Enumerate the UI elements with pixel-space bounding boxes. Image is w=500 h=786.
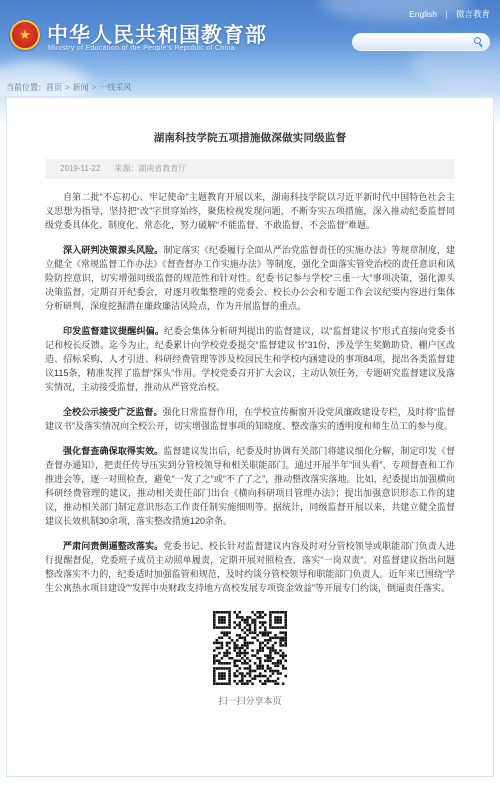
paragraph-lead: 深入研判决策源头风险。 xyxy=(63,245,163,255)
share-section: 扫一扫分享本页 xyxy=(45,611,455,707)
paragraph-lead: 印发监督建议提醒纠偏。 xyxy=(63,326,164,336)
site-header: ★ 中华人民共和国教育部 Ministry of Education of th… xyxy=(0,0,500,96)
article-paragraph: 深入研判决策源头风险。制定落实《纪委履行全面从严治党监督责任的实施办法》等规章制… xyxy=(45,243,455,313)
paragraph-lead: 严肃问责倒逼整改落实。 xyxy=(63,541,163,551)
weixin-education-link[interactable]: 微言教育 xyxy=(456,9,490,19)
article-source-label: 来源： xyxy=(114,164,138,173)
page: ★ 中华人民共和国教育部 Ministry of Education of th… xyxy=(0,0,500,777)
article-title: 湖南科技学院五项措施做深做实同级监督 xyxy=(45,130,455,145)
top-links-separator: | xyxy=(445,9,447,19)
paragraph-lead: 强化督查确保取得实效。 xyxy=(63,446,163,456)
search-box xyxy=(352,33,490,51)
top-links: English | 微言教育 xyxy=(409,8,490,20)
english-link[interactable]: English xyxy=(409,9,437,19)
breadcrumb-separator: > xyxy=(65,83,70,92)
breadcrumb-prefix: 当前位置： xyxy=(6,83,46,92)
article-paragraph: 自第二批“不忘初心、牢记使命”主题教育开展以来，湖南科技学院以习近平新时代中国特… xyxy=(45,190,455,232)
qr-caption: 扫一扫分享本页 xyxy=(45,694,455,707)
article-date: 2019-11-22 xyxy=(60,164,100,173)
article-paragraph: 严肃问责倒逼整改落实。党委书记、校长针对监督建议内容及时对分管校领导或职能部门负… xyxy=(45,539,455,595)
breadcrumb-current[interactable]: 一线采风 xyxy=(99,83,131,92)
national-emblem: ★ xyxy=(10,20,40,50)
breadcrumb-separator: > xyxy=(92,83,97,92)
article-meta-bar: 2019-11-22来源：湖南省教育厅 xyxy=(45,159,455,179)
article-paragraph: 全校公示接受广泛监督。强化日常监督作用，在学校宣传橱窗开设党风廉政建设专栏，及时… xyxy=(45,405,455,433)
star-icon: ★ xyxy=(19,28,31,41)
search-icon[interactable] xyxy=(474,37,485,48)
breadcrumb-link[interactable]: 新闻 xyxy=(73,83,89,92)
article-container: 湖南科技学院五项措施做深做实同级监督 2019-11-22来源：湖南省教育厅 自… xyxy=(6,97,494,777)
article-paragraph: 强化督查确保取得实效。监督建议发出后，纪委及时协调有关部门将建议细化分解，制定印… xyxy=(45,444,455,528)
article-body: 自第二批“不忘初心、牢记使命”主题教育开展以来，湖南科技学院以习近平新时代中国特… xyxy=(45,190,455,595)
breadcrumb-link[interactable]: 首页 xyxy=(46,83,62,92)
paragraph-text: 自第二批“不忘初心、牢记使命”主题教育开展以来，湖南科技学院以习近平新时代中国特… xyxy=(45,192,455,230)
article-source-value: 湖南省教育厅 xyxy=(138,164,186,173)
paragraph-lead: 全校公示接受广泛监督。 xyxy=(63,407,163,417)
article-paragraph: 印发监督建议提醒纠偏。纪委会集体分析研判提出的监督建议，以“监督建议书”形式直接… xyxy=(45,324,455,394)
search-input[interactable] xyxy=(361,36,474,48)
paragraph-text: 监督建议发出后，纪委及时协调有关部门将建议细化分解，制定印发《督查督办通知》，把… xyxy=(45,446,455,526)
main-area: 湖南科技学院五项措施做深做实同级监督 2019-11-22来源：湖南省教育厅 自… xyxy=(0,96,500,777)
article-source: 来源：湖南省教育厅 xyxy=(114,164,186,173)
breadcrumb: 当前位置：首页>新闻>一线采风 xyxy=(6,82,131,93)
qr-code xyxy=(213,611,287,685)
site-subtitle-en: Ministry of Education of the People's Re… xyxy=(48,45,235,52)
